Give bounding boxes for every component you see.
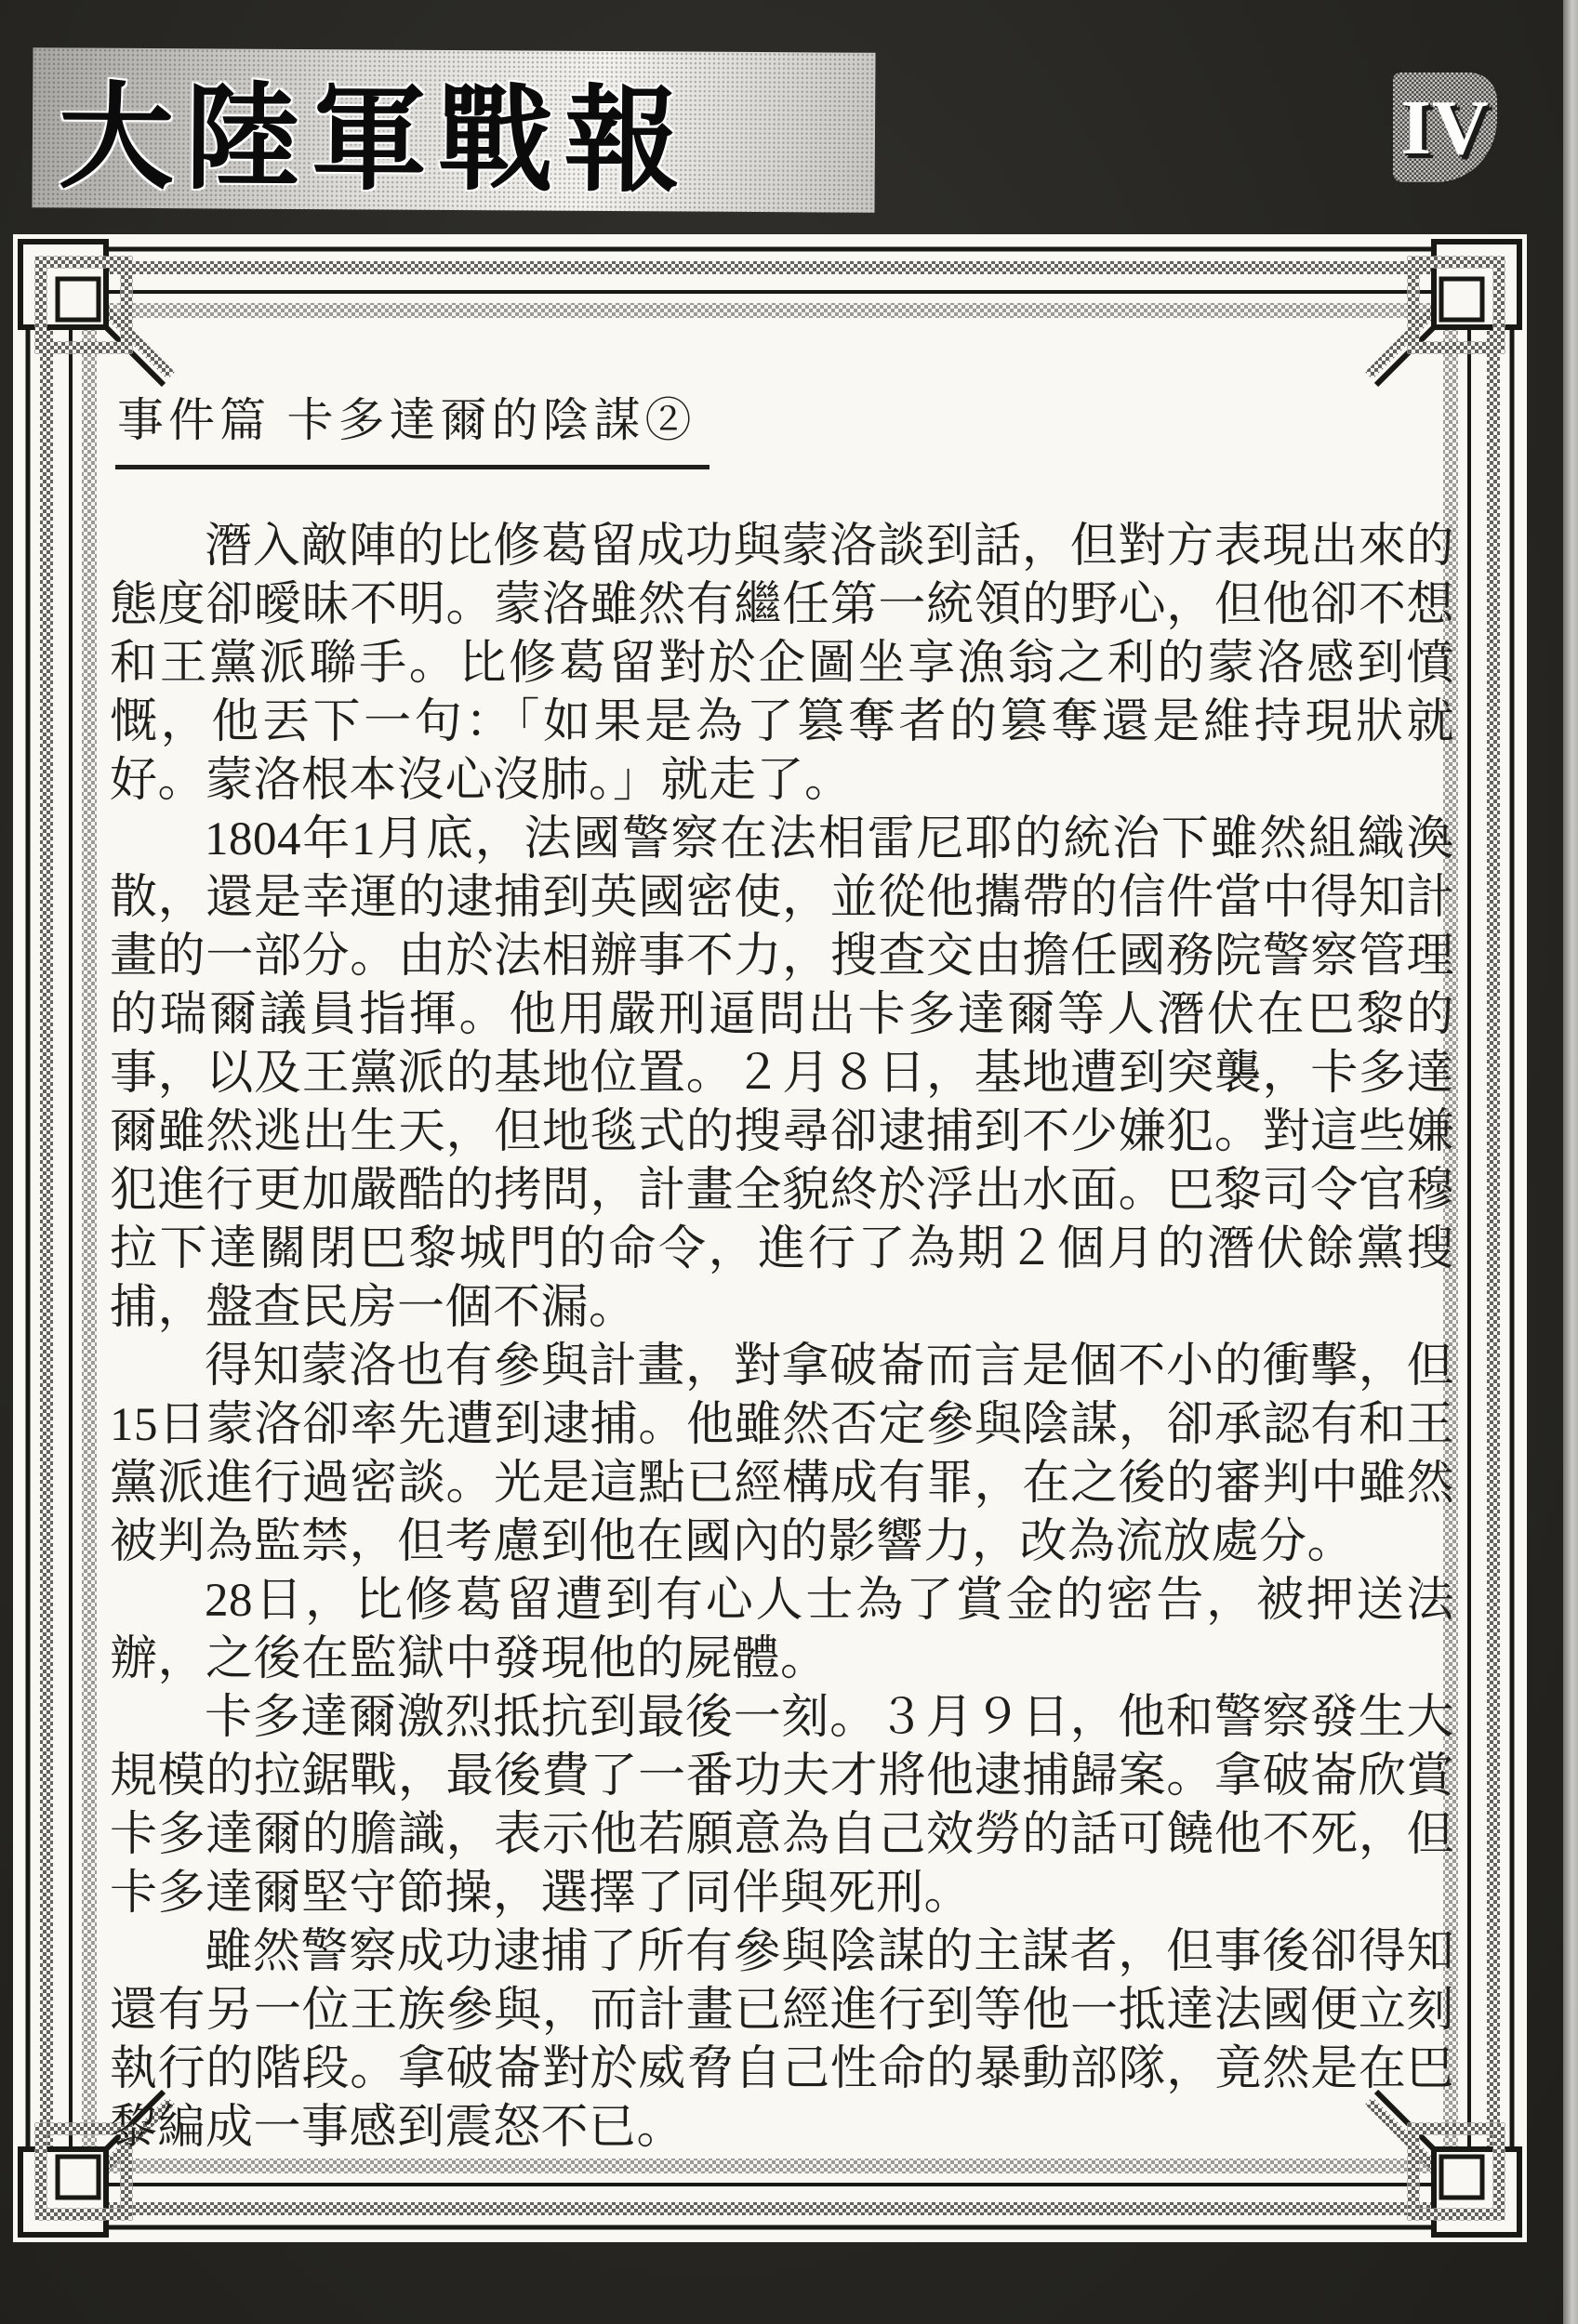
masthead-banner: 大陸軍戰報 bbox=[32, 47, 875, 213]
paragraph: 卡多達爾激烈抵抗到最後一刻。３月９日，他和警察發生大規模的拉鋸戰，最後費了一番功… bbox=[110, 1689, 1454, 1923]
page-number: IV bbox=[1400, 83, 1489, 173]
masthead-title: 大陸軍戰報 bbox=[58, 45, 691, 214]
article-heading: 事件篇 卡多達爾的陰謀② bbox=[115, 390, 709, 469]
page-number-badge: IV bbox=[1393, 73, 1497, 182]
paragraph: 潛入敵陣的比修葛留成功與蒙洛談到話，但對方表現出來的態度卻曖昧不明。蒙洛雖然有繼… bbox=[110, 518, 1454, 811]
paragraph: 28日，比修葛留遭到有心人士為了賞金的密告，被押送法辦，之後在監獄中發現他的屍體… bbox=[110, 1572, 1454, 1689]
paragraph: 1804年1月底，法國警察在法相雷尼耶的統治下雖然組織渙散，還是幸運的逮捕到英國… bbox=[110, 811, 1454, 1338]
paper-page: 事件篇 卡多達爾的陰謀② 潛入敵陣的比修葛留成功與蒙洛談到話，但對方表現出來的態… bbox=[13, 234, 1527, 2242]
scan-page-edge bbox=[1563, 0, 1578, 2324]
article: 事件篇 卡多達爾的陰謀② 潛入敵陣的比修葛留成功與蒙洛談到話，但對方表現出來的態… bbox=[110, 390, 1454, 2158]
paragraph: 雖然警察成功逮捕了所有參與陰謀的主謀者，但事後卻得知還有另一位王族參與，而計畫已… bbox=[110, 1923, 1454, 2158]
paragraph: 得知蒙洛也有參與計畫，對拿破崙而言是個不小的衝擊，但15日蒙洛卻率先遭到逮捕。他… bbox=[110, 1338, 1454, 1572]
article-body: 潛入敵陣的比修葛留成功與蒙洛談到話，但對方表現出來的態度卻曖昧不明。蒙洛雖然有繼… bbox=[110, 518, 1454, 2158]
scanned-book-page: { "masthead": { "title": "大陸軍戰報", "page_… bbox=[0, 0, 1578, 2324]
